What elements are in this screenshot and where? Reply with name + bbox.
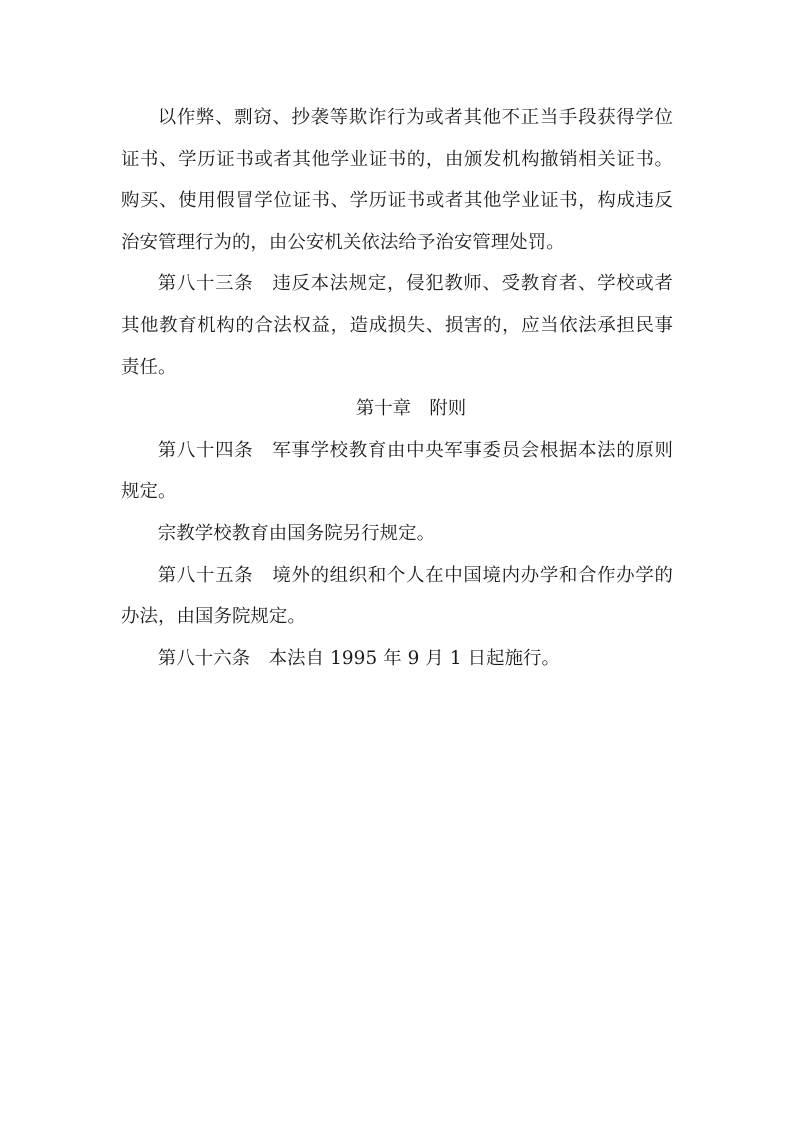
paragraph-certificate-fraud: 以作弊、剽窃、抄袭等欺诈行为或者其他不正当手段获得学位证书、学历证书或者其他学业… xyxy=(121,97,673,263)
article-number: 第八十四条 xyxy=(158,440,254,461)
article-number: 第八十三条 xyxy=(158,273,254,294)
article-83: 第八十三条违反本法规定，侵犯教师、受教育者、学校或者其他教育机构的合法权益，造成… xyxy=(121,263,673,388)
paragraph-text: 宗教学校教育由国务院另行规定。 xyxy=(158,523,435,544)
paragraph-text: 以作弊、剽窃、抄袭等欺诈行为或者其他不正当手段获得学位证书、学历证书或者其他学业… xyxy=(121,107,673,253)
paragraph-religious-schools: 宗教学校教育由国务院另行规定。 xyxy=(121,513,673,555)
article-84: 第八十四条军事学校教育由中央军事委员会根据本法的原则规定。 xyxy=(121,430,673,513)
chapter-title: 附则 xyxy=(429,398,466,419)
article-86: 第八十六条本法自 1995 年 9 月 1 日起施行。 xyxy=(121,638,673,680)
article-number: 第八十六条 xyxy=(158,648,250,669)
article-text: 本法自 1995 年 9 月 1 日起施行。 xyxy=(269,648,560,669)
chapter-number: 第十章 xyxy=(356,398,411,419)
article-number: 第八十五条 xyxy=(158,565,254,586)
article-85: 第八十五条境外的组织和个人在中国境内办学和合作办学的办法，由国务院规定。 xyxy=(121,555,673,638)
chapter-heading: 第十章附则 xyxy=(121,388,673,430)
document-page: 以作弊、剽窃、抄袭等欺诈行为或者其他不正当手段获得学位证书、学历证书或者其他学业… xyxy=(121,97,673,679)
